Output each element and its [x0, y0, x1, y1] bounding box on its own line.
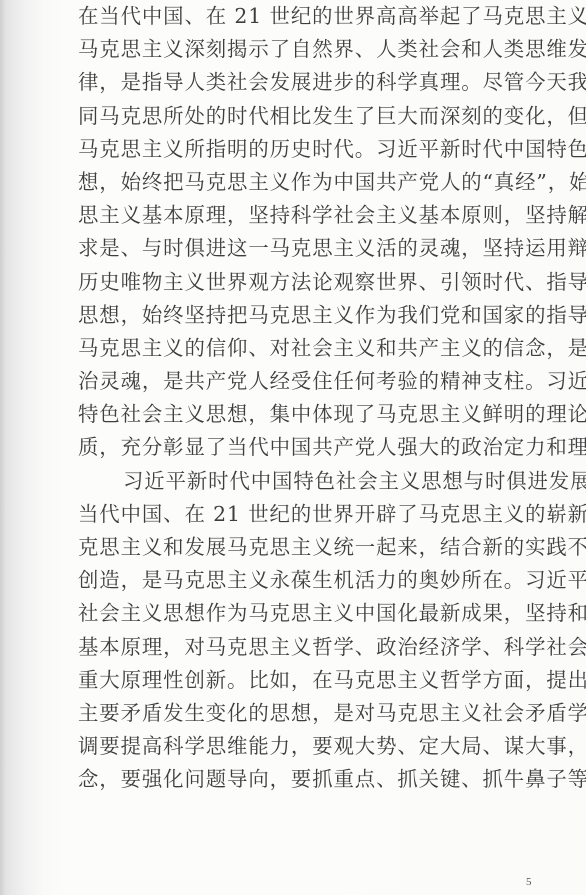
text-line: 习近平新时代中国特色社会主义思想与时俱进发展马克思主义，在 [78, 465, 523, 498]
text-line: 基本原理，对马克思主义哲学、政治经济学、科学社会主义作出了许多 [78, 631, 523, 664]
body-text: 在当代中国、在 21 世纪的世界高高举起了马克思主义的光辉旗帜。 马克思主义深刻… [78, 0, 523, 797]
text-line: 马克思主义所指明的历史时代。习近平新时代中国特色社会主义思 [78, 133, 523, 166]
text-line: 求是、与时俱进这一马克思主义活的灵魂，坚持运用辩证唯物主义和 [78, 232, 523, 265]
text-line: 思想，始终坚持把马克思主义作为我们党和国家的指导思想，强调对 [78, 299, 523, 332]
text-line: 在当代中国、在 21 世纪的世界高高举起了马克思主义的光辉旗帜。 [78, 0, 523, 33]
text-line: 马克思主义的信仰、对社会主义和共产主义的信念，是共产党人的政 [78, 332, 523, 365]
text-line: 历史唯物主义世界观方法论观察世界、引领时代、指导实践。这一 [78, 266, 523, 299]
text-line: 质，充分彰显了当代中国共产党人强大的政治定力和理论自信。 [78, 431, 523, 464]
page-binding-shadow [0, 0, 6, 895]
text-line: 思主义基本原理，坚持科学社会主义基本原则，坚持解放思想、实事 [78, 199, 523, 232]
text-line: 调要提高科学思维能力，要观大势、定大局、谋大事，要坚持系统观 [78, 730, 523, 763]
text-line: 想，始终把马克思主义作为中国共产党人的“真经”，始终坚持马克 [78, 166, 523, 199]
text-line: 社会主义思想作为马克思主义中国化最新成果，坚持和运用马克思主义 [78, 597, 523, 630]
text-line: 创造，是马克思主义永葆生机活力的奥妙所在。习近平新时代中国特色 [78, 564, 523, 597]
text-line: 重大原理性创新。比如，在马克思主义哲学方面，提出新时代我国社会 [78, 664, 523, 697]
paragraph-1: 在当代中国、在 21 世纪的世界高高举起了马克思主义的光辉旗帜。 马克思主义深刻… [78, 0, 523, 465]
text-line: 念，要强化问题导向，要抓重点、抓关键、抓牛鼻子等，是对马克思主 [78, 763, 523, 796]
text-line: 治灵魂，是共产党人经受住任何考验的精神支柱。习近平新时代中国 [78, 365, 523, 398]
text-line: 克思主义和发展马克思主义统一起来，结合新的实践不断作出新的理论 [78, 531, 523, 564]
text-line: 马克思主义深刻揭示了自然界、人类社会和人类思维发展的普遍规 [78, 33, 523, 66]
text-line: 特色社会主义思想，集中体现了马克思主义鲜明的理论品格和精神实 [78, 398, 523, 431]
text-line: 主要矛盾发生变化的思想，是对马克思主义社会矛盾学说的新发展；强 [78, 697, 523, 730]
page-number: 5 [526, 876, 532, 888]
paragraph-2: 习近平新时代中国特色社会主义思想与时俱进发展马克思主义，在 当代中国、在 21 … [78, 465, 523, 797]
scanned-book-page: 在当代中国、在 21 世纪的世界高高举起了马克思主义的光辉旗帜。 马克思主义深刻… [0, 0, 586, 895]
text-line: 当代中国、在 21 世纪的世界开辟了马克思主义的崭新境界。把坚持马 [78, 498, 523, 531]
text-line: 律，是指导人类社会发展进步的科学真理。尽管今天我们所处的时代 [78, 66, 523, 99]
text-line: 同马克思所处的时代相比发生了巨大而深刻的变化，但我们依然处在 [78, 100, 523, 133]
